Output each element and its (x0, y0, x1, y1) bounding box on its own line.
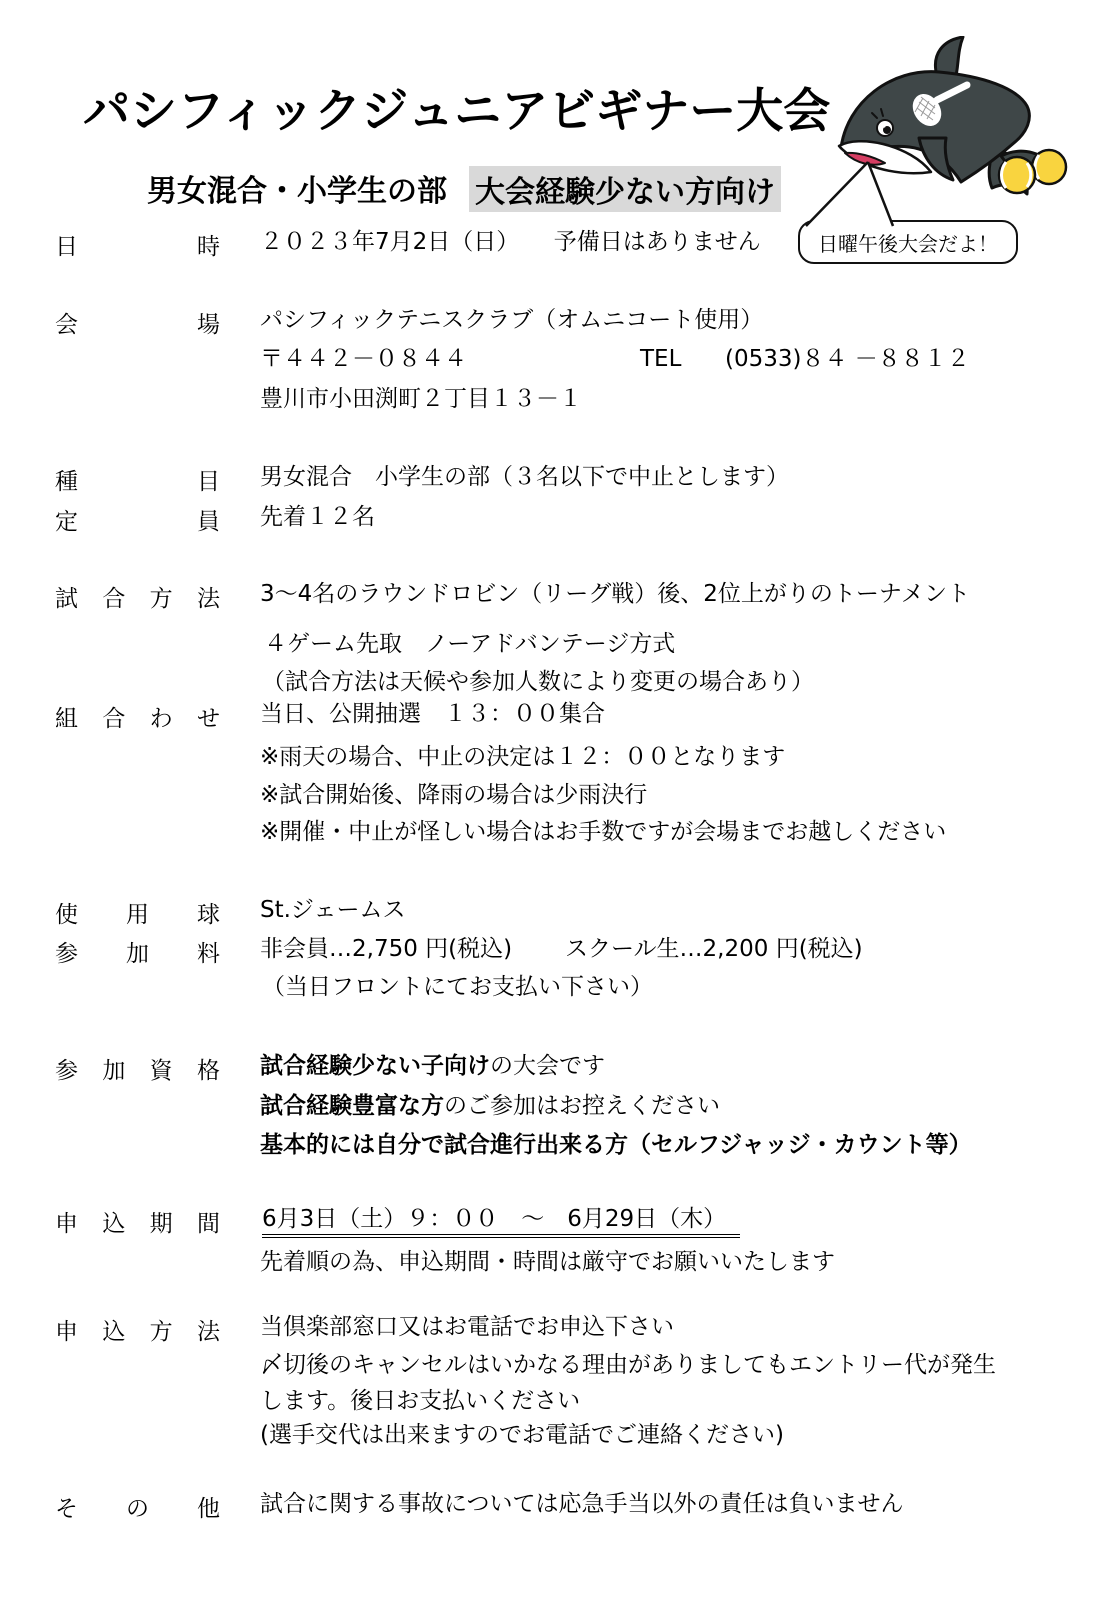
subtitle: 男女混合・小学生の部 大会経験少ない方向け (147, 166, 781, 212)
row-label-apply-method: 申込方法 (55, 1313, 220, 1346)
eligibility-line2-bold: 試合経験豊富な方 (260, 1093, 444, 1119)
row-label-match-format: 試合方法 (55, 580, 220, 613)
row-label-ball: 使用球 (55, 896, 220, 929)
datetime-value: ２０２３年7月2日（日） 予備日はありません (260, 228, 761, 257)
match-format-line3: （試合方法は天候や参加人数により変更の場合あり） (262, 668, 814, 697)
row-label-eligibility: 参加資格 (55, 1052, 220, 1085)
venue-tel-label: TEL (640, 345, 681, 374)
row-label-capacity: 定員 (55, 503, 220, 536)
eligibility-line1-bold: 試合経験少ない子向け (260, 1053, 490, 1079)
apply-period-note: 先着順の為、申込期間・時間は厳守でお願いいたします (260, 1248, 835, 1277)
apply-method-line1: 当倶楽部窓口又はお電話でお申込下さい (260, 1313, 674, 1342)
page-title: パシフィックジュニアビギナー大会 (83, 74, 830, 141)
venue-address: 豊川市小田渕町２丁目１３－１ (260, 385, 582, 414)
apply-method-line3: します。後日お支払いください (260, 1387, 580, 1416)
other-value: 試合に関する事故については応急手当以外の責任は負いません (260, 1490, 904, 1519)
fee-school: スクール生…2,200 円(税込) (565, 935, 863, 964)
eligibility-line1-rest: の大会です (490, 1053, 605, 1079)
event-value: 男女混合 小学生の部（３名以下で中止とします） (260, 463, 789, 492)
draw-note3: ※開催・中止が怪しい場合はお手数ですが会場までお越しください (260, 818, 946, 847)
draw-note2: ※試合開始後、降雨の場合は少雨決行 (260, 781, 647, 810)
apply-method-line2: 〆切後のキャンセルはいかなる理由がありましてもエントリー代が発生 (260, 1351, 996, 1380)
fee-note: （当日フロントにてお支払い下さい） (262, 973, 653, 1002)
row-label-datetime: 日時 (55, 228, 220, 261)
match-format-line2: ４ゲーム先取 ノーアドバンテージ方式 (264, 630, 675, 659)
eligibility-line2-rest: のご参加はお控えください (444, 1093, 720, 1119)
venue-tel-number: (0533)８４ －８８１２ (725, 345, 970, 374)
venue-postal: 〒４４２－０８４４ (260, 345, 467, 374)
subtitle-category: 男女混合・小学生の部 (147, 166, 447, 210)
row-label-fee: 参加料 (55, 935, 220, 968)
eligibility-line2: 試合経験豊富な方のご参加はお控えください (260, 1092, 720, 1121)
apply-period-dates: 6月3日（土）９：００ ～ 6月29日（木） (262, 1205, 740, 1234)
row-label-draw: 組合わせ (55, 700, 220, 733)
apply-period-underlined: 6月3日（土）９：００ ～ 6月29日（木） (262, 1206, 740, 1238)
ball-value: St.ジェームス (260, 896, 405, 925)
row-label-other: その他 (55, 1490, 220, 1523)
venue-name: パシフィックテニスクラブ（オムニコート使用） (260, 306, 763, 335)
eligibility-line3: 基本的には自分で試合進行出来る方（セルフジャッジ・カウント等） (260, 1131, 972, 1160)
subtitle-highlight: 大会経験少ない方向け (469, 166, 781, 212)
apply-method-line4: (選手交代は出来ますのでお電話でご連絡ください) (260, 1421, 784, 1450)
draw-line1: 当日、公開抽選 １３：００集合 (260, 700, 605, 729)
tournament-flyer-page: パシフィックジュニアビギナー大会 男女混合・小学生の部 大会経験少ない方向け (0, 0, 1100, 1600)
match-format-line1: 3～4名のラウンドロビン（リーグ戦）後、2位上がりのトーナメント (260, 580, 970, 609)
capacity-value: 先着１２名 (260, 503, 375, 532)
row-label-venue: 会場 (55, 306, 220, 339)
draw-note1: ※雨天の場合、中止の決定は１２：００となります (260, 743, 785, 772)
speech-bubble-tail (800, 158, 900, 230)
fee-nonmember: 非会員…2,750 円(税込) (260, 935, 512, 964)
row-label-apply-period: 申込期間 (55, 1205, 220, 1238)
eligibility-line1: 試合経験少ない子向けの大会です (260, 1052, 605, 1081)
row-label-event: 種目 (55, 463, 220, 496)
